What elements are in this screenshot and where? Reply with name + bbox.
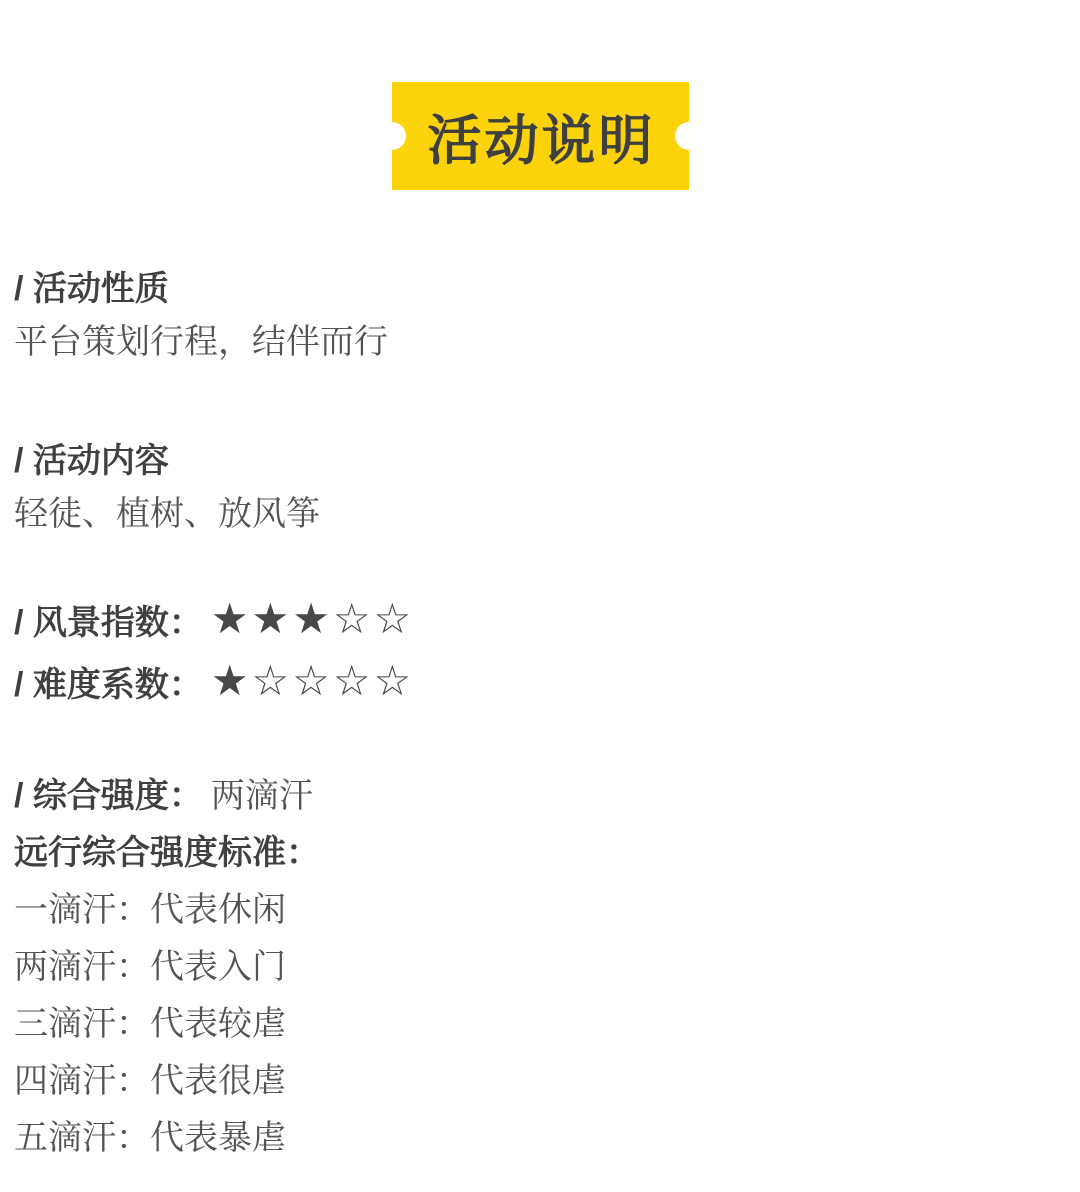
- section-heading-activity-nature: / 活动性质: [14, 264, 1060, 314]
- rating-difficulty-label: / 难度系数：: [14, 657, 203, 706]
- rating-difficulty-index: / 难度系数： ★☆☆☆☆: [14, 650, 1060, 712]
- section-heading-activity-content: / 活动内容: [14, 436, 1060, 486]
- intensity-scale-title: 远行综合强度标准：: [14, 825, 1060, 882]
- intensity-scale-item-1: 一滴汗：代表休闲: [14, 882, 1060, 939]
- difficulty-star-rating: ★☆☆☆☆: [211, 660, 414, 702]
- banner-row: 活动说明: [0, 0, 1080, 190]
- article-page: { "colors": { "page_background": "#fffff…: [0, 0, 1080, 1192]
- section-activity-content: / 活动内容 轻徒、植树、放风筝: [14, 436, 1060, 542]
- ratings-block: / 风景指数： ★★★☆☆ / 难度系数： ★☆☆☆☆: [14, 588, 1060, 712]
- rating-scenery-index: / 风景指数： ★★★☆☆: [14, 588, 1060, 650]
- ticket-banner: 活动说明: [392, 82, 689, 190]
- intensity-scale-item-4: 四滴汗：代表很虐: [14, 1053, 1060, 1110]
- section-body-activity-content: 轻徒、植树、放风筝: [14, 486, 1060, 542]
- scenery-star-rating: ★★★☆☆: [211, 598, 414, 640]
- section-body-activity-nature: 平台策划行程，结伴而行: [14, 314, 1060, 370]
- intensity-scale-item-3: 三滴汗：代表较虐: [14, 996, 1060, 1053]
- page-title: 活动说明: [425, 98, 656, 175]
- intensity-scale-item-5: 五滴汗：代表暴虐: [14, 1110, 1060, 1167]
- intensity-block: / 综合强度：两滴汗 远行综合强度标准： 一滴汗：代表休闲 两滴汗：代表入门 三…: [14, 768, 1060, 1167]
- content: / 活动性质 平台策划行程，结伴而行 / 活动内容 轻徒、植树、放风筝 / 风景…: [0, 264, 1080, 1167]
- intensity-label: / 综合强度：: [14, 777, 203, 815]
- section-activity-nature: / 活动性质 平台策划行程，结伴而行: [14, 264, 1060, 370]
- intensity-line: / 综合强度：两滴汗: [14, 768, 1060, 825]
- rating-scenery-label: / 风景指数：: [14, 595, 203, 644]
- intensity-value: 两滴汗: [211, 777, 313, 815]
- intensity-scale-item-2: 两滴汗：代表入门: [14, 939, 1060, 996]
